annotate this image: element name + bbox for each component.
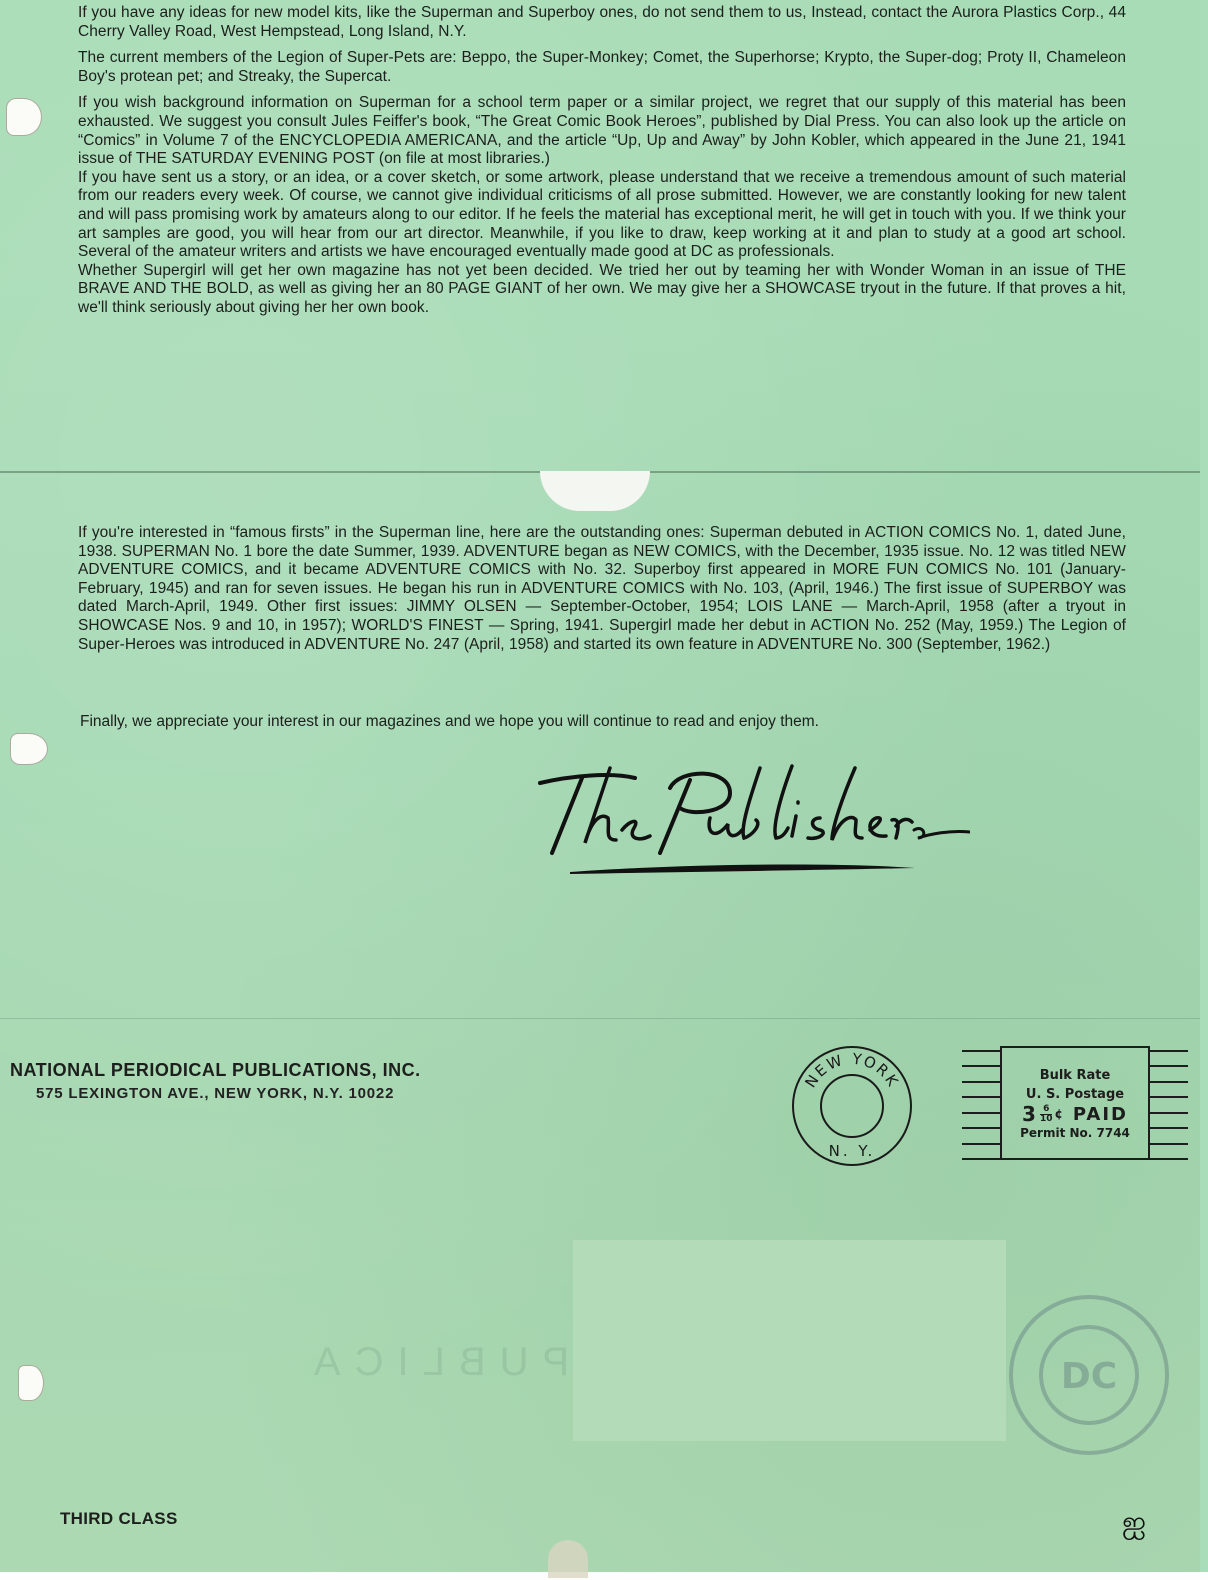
postmark-state: N. Y. xyxy=(829,1142,876,1160)
paragraph-supergirl: Whether Supergirl will get her own magaz… xyxy=(78,262,1126,318)
mail-class-label: THIRD CLASS xyxy=(60,1509,178,1529)
paragraph-model-kits: If you have any ideas for new model kits… xyxy=(78,4,1126,41)
postage-indicia: Bulk Rate U. S. Postage 3 6 10 ¢ PAID Pe… xyxy=(962,1044,1188,1166)
dc-bullet-icon: DC xyxy=(1006,1292,1172,1458)
handwritten-mark: ஐ xyxy=(1122,1505,1146,1544)
paragraph-super-pets: The current members of the Legion of Sup… xyxy=(78,49,1126,86)
cent-sign: ¢ xyxy=(1054,1107,1062,1121)
bleed-through-text: PUBLICA xyxy=(300,1340,569,1385)
postmark-circle-icon: NEW YORK N. Y. xyxy=(790,1044,914,1168)
closing-line: Finally, we appreciate your interest in … xyxy=(80,713,819,731)
paper-tear xyxy=(548,1540,588,1578)
paid-label: PAID xyxy=(1073,1104,1128,1125)
indicia-lines-right xyxy=(1150,1050,1188,1160)
punch-hole xyxy=(18,1365,44,1401)
paragraph-submissions: If you have sent us a story, or an idea,… xyxy=(78,169,1126,262)
scan-margin xyxy=(0,1572,1208,1580)
letter-famous-firsts: If you're interested in “famous firsts” … xyxy=(78,524,1126,654)
punch-hole xyxy=(10,733,48,765)
svg-text:NEW YORK: NEW YORK xyxy=(801,1050,902,1091)
svg-text:DC: DC xyxy=(1061,1356,1117,1397)
indicia-amount-paid: 3 6 10 ¢ PAID xyxy=(1002,1102,1148,1126)
amount-fraction: 6 10 xyxy=(1040,1105,1053,1124)
postmark-city: NEW YORK xyxy=(801,1050,902,1091)
amount-whole: 3 xyxy=(1022,1102,1038,1126)
faint-dc-seal: DC xyxy=(1006,1292,1172,1458)
letter-top-section: If you have any ideas for new model kits… xyxy=(78,4,1126,318)
signature xyxy=(530,758,970,878)
indicia-box: Bulk Rate U. S. Postage 3 6 10 ¢ PAID Pe… xyxy=(1000,1046,1150,1160)
publisher-name: NATIONAL PERIODICAL PUBLICATIONS, INC. xyxy=(10,1060,421,1081)
redacted-address-label xyxy=(573,1240,1006,1441)
paragraph-background-info: If you wish background information on Su… xyxy=(78,94,1126,168)
indicia-lines-left xyxy=(962,1050,1000,1160)
indicia-postage: U. S. Postage xyxy=(1002,1087,1148,1102)
punch-hole xyxy=(6,98,42,136)
paragraph-famous-firsts: If you're interested in “famous firsts” … xyxy=(78,524,1126,654)
fold-crease xyxy=(0,1018,1200,1019)
indicia-permit: Permit No. 7744 xyxy=(1002,1126,1148,1140)
postmark: NEW YORK N. Y. xyxy=(790,1044,914,1168)
signature-scribble xyxy=(530,758,970,878)
publisher-address: 575 LEXINGTON AVE., NEW YORK, N.Y. 10022 xyxy=(36,1085,394,1102)
indicia-bulk-rate: Bulk Rate xyxy=(1002,1068,1148,1083)
